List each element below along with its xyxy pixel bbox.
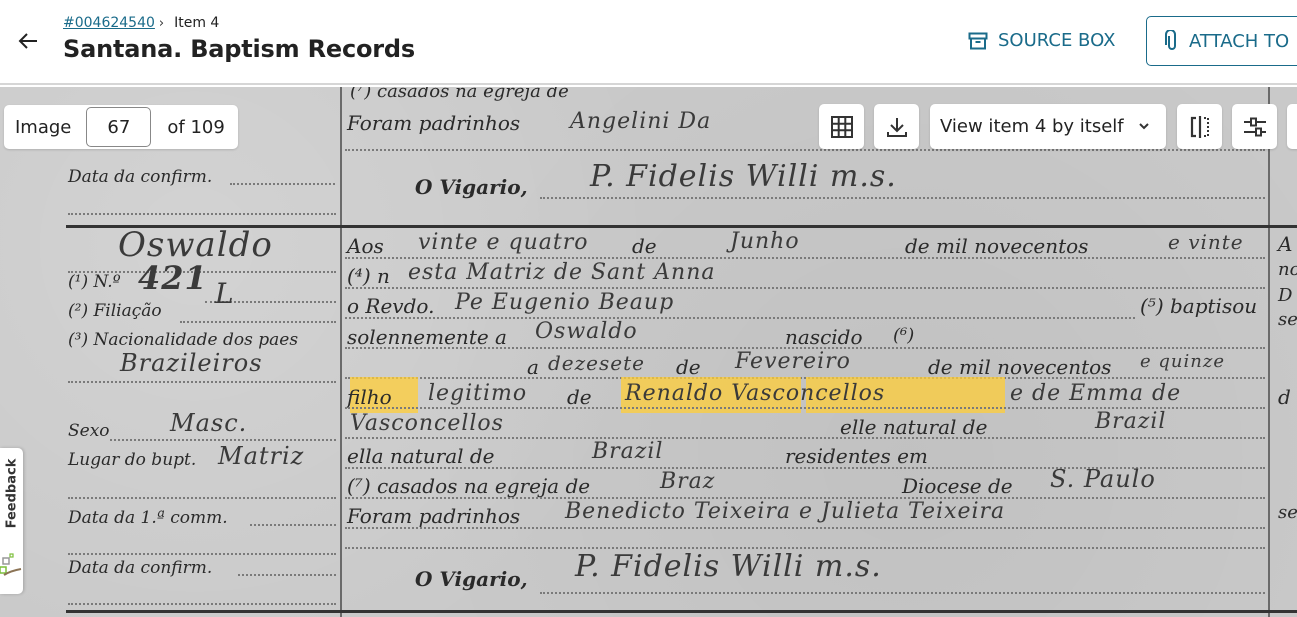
doc-line4-hand: Oswaldo	[535, 319, 638, 344]
dotted-line	[230, 183, 335, 185]
doc-confirm-top: Data da confirm.	[68, 167, 212, 187]
download-button[interactable]	[874, 104, 919, 149]
doc-line5-a: a	[527, 355, 539, 379]
doc-right-col-0: A	[1278, 232, 1292, 256]
back-button[interactable]	[12, 26, 44, 56]
column-divider	[340, 87, 342, 617]
breadcrumb-current-item: Item 4	[174, 15, 219, 31]
doc-filiacao-hand: L	[215, 277, 235, 310]
doc-line1-hand: vinte e quatro	[418, 230, 588, 255]
dotted-line	[345, 437, 1265, 439]
doc-filiacao-label: (²) Filiação	[68, 301, 162, 321]
column-divider-right	[1268, 87, 1270, 617]
doc-line4-a: solennemente a	[347, 325, 507, 349]
doc-line5-hand3: e quinze	[1140, 351, 1225, 372]
doc-line8-a: ella natural de	[347, 444, 495, 468]
page-title: Santana. Baptism Records	[63, 35, 415, 63]
doc-comm-label: Data da 1.ª comm.	[68, 508, 228, 528]
image-pager: Image of 109	[4, 105, 238, 149]
doc-line6-hand3: e de Emma de	[1010, 381, 1181, 406]
feedback-tab[interactable]: Feedback	[0, 448, 23, 594]
doc-right-col-5: se	[1278, 502, 1297, 523]
pager-label: Image	[15, 117, 71, 138]
doc-lugar-hand: Matriz	[218, 442, 304, 470]
doc-sexo-hand: Masc.	[170, 409, 247, 437]
doc-line2-hand: esta Matriz de Sant Anna	[408, 260, 716, 285]
doc-right-col-1: no	[1278, 259, 1297, 280]
download-icon	[885, 115, 909, 139]
doc-signature: P. Fidelis Willi m.s.	[575, 549, 882, 584]
record-separator-bottom	[66, 610, 1297, 613]
doc-lugar-label: Lugar do bupt.	[68, 450, 196, 470]
attach-to-label: ATTACH TO	[1189, 31, 1289, 52]
more-tools-button[interactable]	[1287, 104, 1297, 149]
dotted-line	[238, 574, 336, 576]
view-mode-select[interactable]: View item 4 by itself	[930, 104, 1166, 149]
dotted-line	[345, 377, 1265, 379]
doc-line1-c: de mil novecentos	[905, 234, 1088, 258]
image-viewer[interactable]: (⁷) casados na egreja de Foram padrinhos…	[0, 87, 1297, 617]
doc-line10-a: Foram padrinhos	[347, 504, 520, 528]
doc-confirm-label: Data da confirm.	[68, 558, 212, 578]
doc-line6-hand: legitimo	[428, 381, 527, 406]
doc-right-col-3: se	[1278, 309, 1297, 330]
grid-icon	[830, 115, 854, 139]
dotted-line	[68, 213, 336, 215]
image-number-input[interactable]	[86, 107, 151, 147]
breadcrumb: #004624540 › Item 4	[63, 15, 219, 31]
dotted-line	[250, 524, 336, 526]
doc-line1-a: Aos	[347, 234, 384, 258]
archive-box-icon	[968, 31, 988, 51]
paperclip-icon	[1165, 30, 1179, 52]
dotted-line	[68, 603, 336, 605]
split-view-icon	[1187, 114, 1213, 140]
doc-line1-hand3: e vinte	[1168, 230, 1244, 254]
doc-line6-b: de	[567, 385, 592, 409]
compare-view-button[interactable]	[1177, 104, 1222, 149]
doc-numero-hand: 421	[138, 259, 208, 297]
doc-nacionalidade-hand: Brazileiros	[120, 349, 263, 377]
doc-line1-b: de	[632, 234, 657, 258]
dotted-line	[68, 553, 336, 555]
dotted-line	[110, 439, 336, 441]
doc-line3-hand: Pe Eugenio Beaup	[455, 290, 674, 315]
source-box-label: SOURCE BOX	[998, 30, 1115, 51]
doc-line9-hand: Braz	[660, 469, 715, 494]
doc-padrinhos-hand-top: Angelini Da	[570, 109, 711, 134]
doc-line5-hand2: Fevereiro	[735, 349, 851, 374]
doc-numero-label: (¹) N.º	[68, 272, 121, 292]
dotted-line	[540, 197, 1265, 199]
doc-nacionalidade-label: (³) Nacionalidade dos paes	[68, 330, 298, 350]
view-mode-value: View item 4 by itself	[940, 116, 1124, 137]
image-adjust-button[interactable]	[1232, 104, 1277, 149]
pager-total: of 109	[167, 117, 224, 138]
source-box-button[interactable]: SOURCE BOX	[968, 30, 1115, 51]
arrow-left-icon	[16, 29, 40, 53]
doc-vigario: O Vigario,	[415, 567, 528, 591]
dotted-line	[345, 287, 1265, 289]
grid-view-button[interactable]	[819, 104, 864, 149]
breadcrumb-separator: ›	[159, 16, 164, 31]
doc-line1-hand2: Junho	[730, 229, 800, 254]
dotted-line	[345, 257, 1265, 259]
doc-line6-hand2: Renaldo Vasconcellos	[625, 381, 885, 406]
doc-line7-a: elle natural de	[840, 415, 987, 439]
doc-line5-b: de	[676, 355, 701, 379]
sliders-icon	[1242, 114, 1268, 140]
doc-line9-a: (⁷) casados na egreja de	[347, 474, 590, 498]
attach-to-button[interactable]: ATTACH TO	[1146, 16, 1297, 66]
dotted-line	[345, 317, 1135, 319]
doc-right-col-2: D	[1278, 285, 1292, 306]
dotted-line	[345, 149, 1265, 151]
doc-line5-hand: dezesete	[548, 351, 645, 375]
doc-line3-a: o Revdo.	[347, 294, 434, 318]
doc-line8-hand: Brazil	[592, 439, 663, 464]
chevron-down-icon	[1134, 116, 1154, 136]
feedback-label: Feedback	[5, 458, 20, 530]
doc-line6-a: filho	[347, 385, 392, 409]
doc-line9-hand2: S. Paulo	[1050, 465, 1156, 493]
doc-line10-hand: Benedicto Teixeira e Julieta Teixeira	[565, 499, 1005, 524]
dotted-line	[180, 321, 336, 323]
doc-line3-b: (⁵) baptisou	[1140, 294, 1257, 318]
page-header: #004624540 › Item 4 Santana. Baptism Rec…	[0, 0, 1297, 85]
doc-right-col-4: d	[1278, 385, 1291, 409]
doc-vigario-top: O Vigario,	[415, 175, 528, 199]
dotted-line	[68, 497, 336, 499]
dotted-line	[345, 527, 1265, 529]
doc-padrinhos-top: Foram padrinhos	[347, 111, 520, 135]
doc-line4-b: nascido	[785, 325, 863, 349]
doc-line7-hand2: Brazil	[1095, 409, 1166, 434]
family-tree-icon	[0, 553, 22, 583]
doc-line4-c: (⁶)	[893, 325, 914, 346]
doc-signature-top: P. Fidelis Willi m.s.	[590, 159, 897, 194]
doc-line2-a: (⁴) n	[347, 264, 390, 288]
doc-line9-b: Diocese de	[902, 474, 1013, 498]
doc-line5-c: de mil novecentos	[928, 355, 1111, 379]
doc-sexo-label: Sexo	[68, 421, 110, 441]
dotted-line	[68, 381, 336, 383]
doc-line7-hand: Vasconcellos	[350, 411, 504, 436]
dotted-line	[540, 592, 1265, 594]
doc-line8-b: residentes em	[785, 444, 928, 468]
breadcrumb-film-link[interactable]: #004624540	[63, 15, 155, 31]
doc-casados-top: (⁷) casados na egreja de	[350, 87, 569, 102]
